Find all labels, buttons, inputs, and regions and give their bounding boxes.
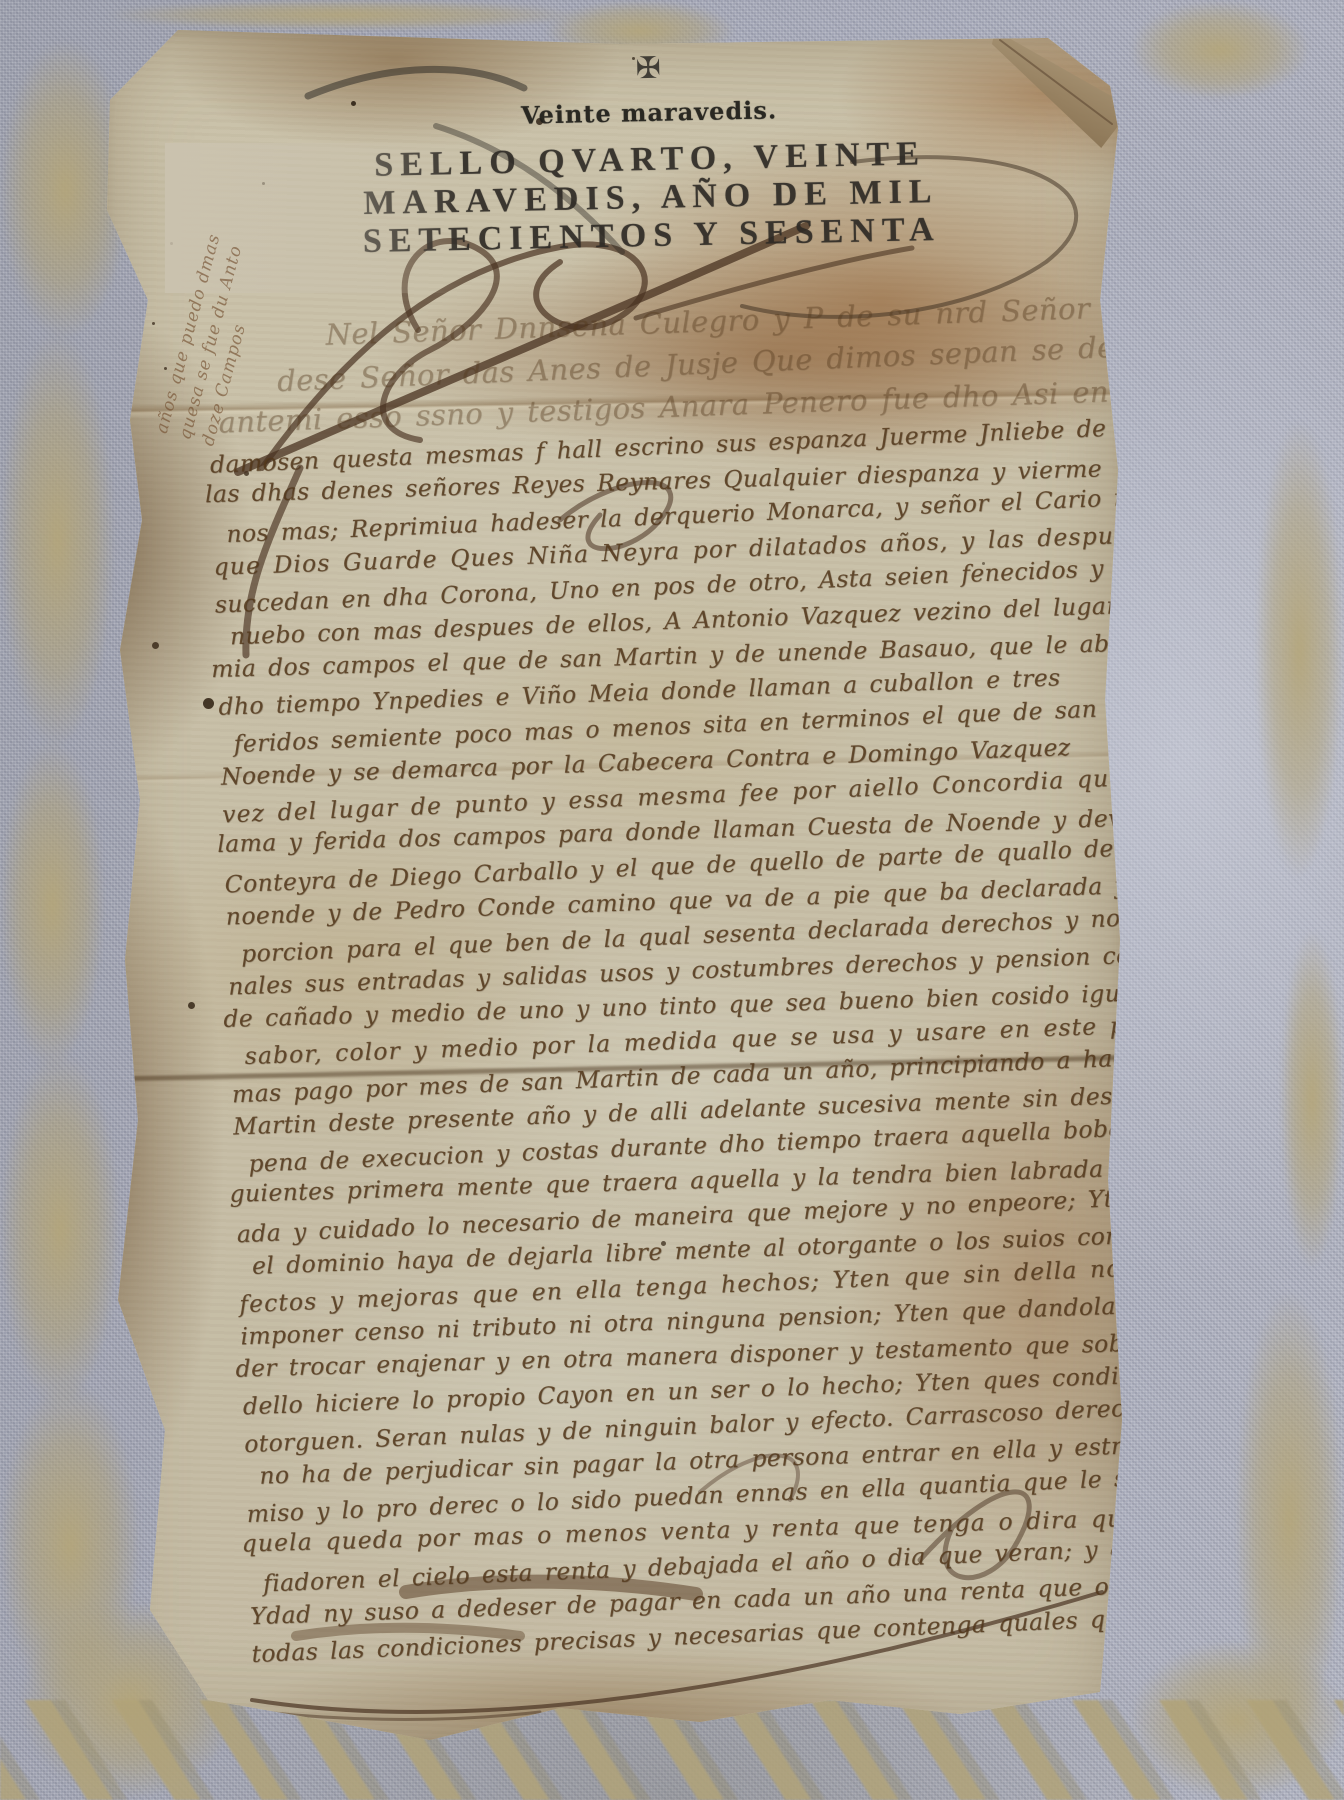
photograph: ✠ Veinte maravedis. SELLO QVARTO, VEINTE… — [0, 0, 1344, 1800]
handwritten-body: Nel Señor Dnnsena Culegro y P de su nrd … — [205, 290, 1182, 1673]
fabric-motif — [0, 740, 105, 1070]
fabric-motif — [1130, 0, 1310, 100]
fabric-motif — [1255, 420, 1344, 880]
fabric-motif — [105, 0, 585, 30]
parchment-document: ✠ Veinte maravedis. SELLO QVARTO, VEINTE… — [95, 25, 1130, 1750]
fabric-motif — [0, 330, 115, 750]
fabric-motif — [0, 1050, 120, 1410]
fabric-motif — [1280, 930, 1344, 1270]
tax-value-line: Veinte maravedis. — [249, 90, 1049, 136]
